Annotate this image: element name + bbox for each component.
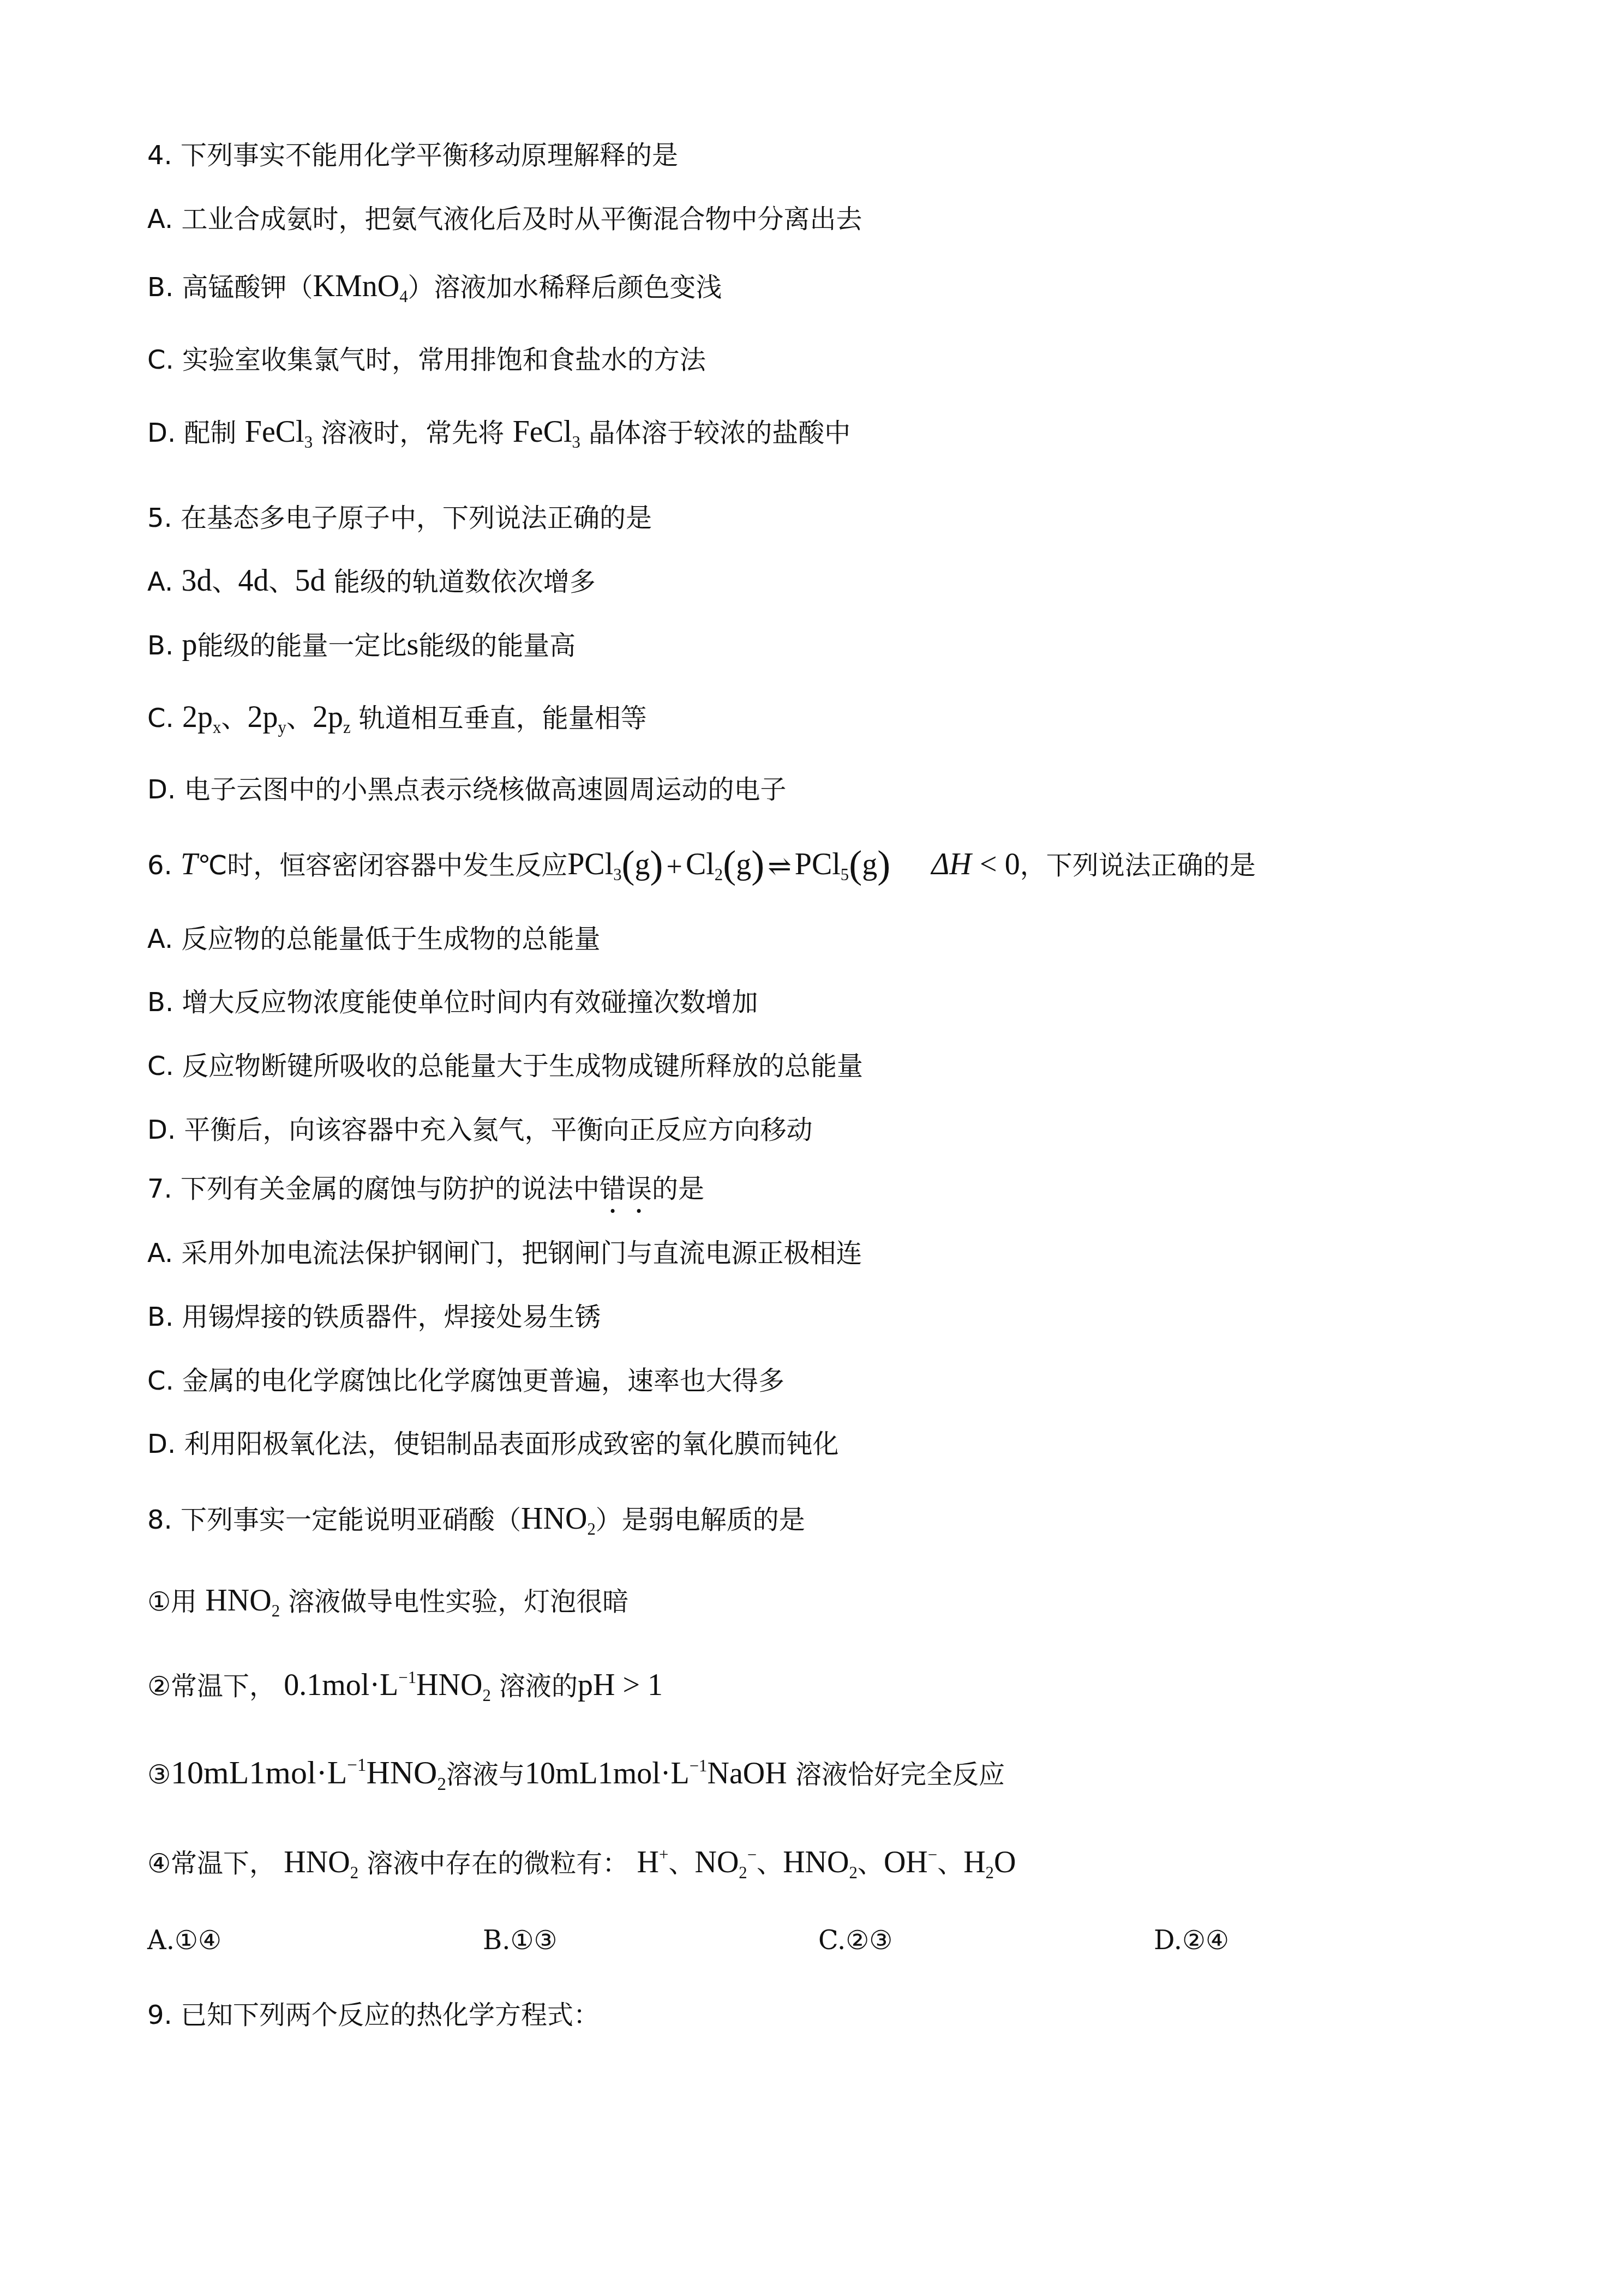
question-number: 4.: [147, 140, 172, 171]
formula-fecl3: FeCl3: [245, 415, 313, 449]
subscript: 5: [841, 865, 849, 884]
choice-a: A.①④: [147, 1924, 221, 1957]
option-label: A.: [147, 204, 173, 235]
formula-text: 2p: [313, 700, 343, 734]
separator: 、: [757, 1848, 783, 1879]
subscript: 2: [849, 1864, 857, 1882]
question-text: 在基态多电子原子中，下列说法正确的是: [181, 503, 652, 533]
formula-p: p: [182, 628, 197, 662]
subscript: 2: [272, 1602, 280, 1620]
question-text: ℃时，恒容密闭容器中发生反应: [197, 850, 567, 881]
formula-text: FeCl: [513, 415, 572, 449]
formula-text: HNO: [205, 1584, 271, 1618]
question-4-option-d: D. 配制 FeCl3 溶液时，常先将 FeCl3 晶体溶于较浓的盐酸中: [147, 416, 850, 449]
formula-text: Cl: [686, 848, 715, 881]
option-text: 平衡后，向该容器中充入氦气，平衡向正反应方向移动: [184, 1115, 812, 1145]
formula-text: OH: [884, 1846, 928, 1879]
state-gas: g: [862, 848, 877, 881]
subscript: 2: [986, 1864, 994, 1882]
formula-hno2: HNO2: [205, 1584, 280, 1618]
particle: HNO2: [783, 1846, 858, 1879]
question-4-option-a: A. 工业合成氨时，把氨气液化后及时从平衡混合物中分离出去: [147, 203, 862, 236]
option-text: 能级的能量高: [418, 630, 576, 661]
option-text: 晶体溶于较浓的盐酸中: [589, 418, 850, 448]
option-text: 增大反应物浓度能使单位时间内有效碰撞次数增加: [182, 987, 758, 1018]
paren-open: (: [849, 843, 862, 886]
option-text: 金属的电化学腐蚀比化学腐蚀更普遍，速率也大得多: [182, 1366, 784, 1396]
statement-marker: ②: [147, 1671, 171, 1702]
question-7-option-a: A. 采用外加电流法保护钢闸门，把钢闸门与直流电源正极相连: [147, 1237, 862, 1270]
enthalpy-value: < 0: [980, 848, 1020, 881]
question-number: 8.: [147, 1505, 172, 1535]
choice-value: ①④: [175, 1925, 221, 1956]
formula-text: 2p: [182, 700, 213, 734]
question-number: 9.: [147, 2000, 172, 2030]
question-5-option-c: C. 2px、2py、2pz 轨道相互垂直，能量相等: [147, 701, 647, 735]
formula-text: H: [963, 1846, 985, 1879]
subscript: 2: [715, 865, 723, 884]
formula-s: s: [406, 628, 418, 662]
subscript: x: [213, 718, 221, 737]
choice-c: C.②③: [818, 1924, 892, 1957]
option-text: 反应物断键所吸收的总能量大于生成物成键所释放的总能量: [182, 1051, 863, 1081]
superscript: −1: [690, 1757, 708, 1775]
question-4-stem: 4. 下列事实不能用化学平衡移动原理解释的是: [147, 139, 678, 172]
particle: H2O: [963, 1846, 1016, 1879]
option-text: 反应物的总能量低于生成物的总能量: [182, 924, 601, 954]
option-text: 轨道相互垂直，能量相等: [359, 703, 647, 734]
paren-open: (: [723, 843, 736, 886]
volume-concentration: 10mL1mol·L−1HNO2: [171, 1754, 446, 1790]
statement-text: 溶液的: [499, 1671, 578, 1702]
question-text: ，下列说法正确的是: [1020, 850, 1256, 881]
separator: 、: [212, 567, 238, 597]
formula-text: HNO: [366, 1754, 437, 1790]
emphasized-text: 错误: [600, 1174, 652, 1204]
formula-text: H: [637, 1846, 659, 1879]
separator: 、: [937, 1848, 963, 1879]
question-text: ）是弱电解质的是: [596, 1505, 805, 1535]
question-8-stem: 8. 下列事实一定能说明亚硝酸（HNO2）是弱电解质的是: [147, 1502, 805, 1536]
choice-value: ①③: [511, 1925, 558, 1956]
formula-text: NO: [694, 1846, 739, 1879]
formula-text: NaOH: [708, 1757, 787, 1790]
formula-text: PCl: [795, 848, 841, 881]
statement-text: 溶液恰好完全反应: [795, 1759, 1005, 1790]
statement-text: 常温下，: [171, 1848, 275, 1879]
question-9-stem: 9. 已知下列两个反应的热化学方程式：: [147, 1999, 600, 2031]
formula-hno2: HNO2: [284, 1846, 358, 1879]
question-6-stem: 6. T℃时，恒容密闭容器中发生反应PCl3(g)+Cl2(g)⇌PCl5(g)…: [147, 848, 1256, 883]
question-5-option-d: D. 电子云图中的小黑点表示绕核做高速圆周运动的电子: [147, 773, 787, 806]
subscript: z: [343, 718, 351, 737]
subscript: y: [278, 718, 286, 737]
volume-concentration: 10mL1mol·L−1NaOH: [525, 1757, 787, 1790]
option-label: B.: [147, 987, 173, 1018]
choice-value: ②④: [1182, 1925, 1229, 1956]
subscript: 3: [572, 433, 580, 452]
option-text: 工业合成氨时，把氨气液化后及时从平衡混合物中分离出去: [182, 204, 862, 235]
option-label: C.: [147, 1366, 174, 1396]
option-text: 采用外加电流法保护钢闸门，把钢闸门与直流电源正极相连: [182, 1238, 862, 1269]
subscript: 2: [350, 1864, 358, 1882]
reaction-equation: PCl3(g)+Cl2(g)⇌PCl5(g): [567, 848, 890, 881]
ph-value: pH > 1: [578, 1668, 663, 1702]
option-label: D.: [147, 774, 176, 805]
question-6-option-b: B. 增大反应物浓度能使单位时间内有效碰撞次数增加: [147, 986, 758, 1019]
question-number: 5.: [147, 503, 172, 533]
option-text: 能级的能量一定比: [197, 630, 406, 661]
option-label: C.: [147, 345, 174, 375]
formula-text: 10mL1mol·L: [171, 1754, 347, 1790]
option-label: A.: [147, 1238, 173, 1269]
option-label: B.: [147, 1302, 173, 1332]
separator: 、: [858, 1848, 884, 1879]
particle-list: H+: [637, 1846, 669, 1879]
temperature-symbol: T: [181, 848, 197, 881]
choice-label: D.: [1154, 1925, 1182, 1956]
statement-marker: ③: [147, 1759, 171, 1790]
question-6-option-d: D. 平衡后，向该容器中充入氦气，平衡向正反应方向移动: [147, 1114, 813, 1146]
option-label: A.: [147, 924, 173, 954]
option-text: 配制: [184, 418, 236, 448]
choice-b: B.①③: [483, 1924, 558, 1957]
formula-fecl3: FeCl3: [513, 415, 580, 449]
option-text: 能级的轨道数依次增多: [334, 567, 596, 597]
question-5-option-a: A. 3d、4d、5d 能级的轨道数依次增多: [147, 564, 596, 598]
formula-hno2: HNO2: [521, 1502, 596, 1536]
option-label: B.: [147, 630, 173, 661]
formula-text: HNO: [783, 1846, 849, 1879]
statement-text: 溶液中存在的微粒有：: [367, 1848, 628, 1879]
formula-text: 0.1mol·L: [284, 1668, 398, 1702]
choice-value: ②③: [846, 1925, 892, 1956]
question-8-choices: A.①④ B.①③ C.②③ D.②④: [147, 1924, 1457, 1957]
option-label: D.: [147, 418, 176, 448]
question-6-option-a: A. 反应物的总能量低于生成物的总能量: [147, 923, 601, 955]
formula-5d: 5d: [295, 564, 326, 598]
separator: 、: [221, 703, 247, 734]
formula-3d: 3d: [182, 564, 212, 598]
question-6-option-c: C. 反应物断键所吸收的总能量大于生成物成键所释放的总能量: [147, 1050, 863, 1083]
subscript: 3: [613, 865, 621, 884]
question-text: 已知下列两个反应的热化学方程式：: [181, 2000, 600, 2030]
formula-text: 10mL1mol·L: [525, 1757, 690, 1790]
statement-text: 用: [171, 1586, 197, 1617]
particle: NO2−: [694, 1846, 757, 1879]
statement-text: 溶液做导电性实验，灯泡很暗: [288, 1586, 628, 1617]
plus-sign: +: [667, 851, 682, 883]
subscript: 4: [399, 287, 408, 306]
formula-text: 2p: [247, 700, 278, 734]
choice-d: D.②④: [1154, 1924, 1229, 1957]
formula-text: HNO: [416, 1668, 482, 1702]
formula-2pz: 2pz: [313, 700, 351, 734]
paren-close: ): [650, 843, 663, 886]
formula-4d: 4d: [238, 564, 269, 598]
option-text: 利用阳极氧化法，使铝制品表面形成致密的氧化膜而钝化: [184, 1429, 838, 1459]
particle: OH−: [884, 1846, 937, 1879]
enthalpy-symbol: ΔH: [931, 848, 971, 881]
question-7-stem: 7. 下列有关金属的腐蚀与防护的说法中错误的是: [147, 1173, 704, 1219]
question-number: 6.: [147, 850, 172, 881]
option-text: 实验室收集氯气时，常用排饱和食盐水的方法: [182, 345, 706, 375]
superscript: −1: [398, 1668, 416, 1687]
option-label: C.: [147, 1051, 174, 1081]
superscript: −1: [347, 1756, 366, 1775]
question-5-stem: 5. 在基态多电子原子中，下列说法正确的是: [147, 502, 652, 534]
question-7-option-d: D. 利用阳极氧化法，使铝制品表面形成致密的氧化膜而钝化: [147, 1428, 839, 1460]
subscript: 2: [482, 1686, 490, 1705]
statement-text: 常温下，: [171, 1671, 275, 1702]
question-4-option-b: B. 高锰酸钾（KMnO4）溶液加水稀释后颜色变浅: [147, 270, 722, 304]
option-label: B.: [147, 272, 173, 303]
statement-4: ④常温下， HNO2 溶液中存在的微粒有： H+、NO2−、HNO2、OH−、H…: [147, 1846, 1016, 1880]
option-text: ）溶液加水稀释后颜色变浅: [408, 272, 722, 303]
option-label: D.: [147, 1115, 176, 1145]
superscript: −: [747, 1846, 757, 1864]
state-gas: g: [736, 848, 751, 881]
question-5-option-b: B. p能级的能量一定比s能级的能量高: [147, 628, 576, 662]
subscript: 2: [587, 1520, 595, 1538]
concentration: 0.1mol·L−1HNO2: [284, 1668, 491, 1702]
statement-3: ③10mL1mol·L−1HNO2溶液与10mL1mol·L−1NaOH 溶液恰…: [147, 1756, 1005, 1791]
formula-kmno4: KMnO4: [313, 269, 408, 303]
paren-close: ): [877, 843, 890, 886]
formula-text: KMnO: [313, 269, 399, 303]
statement-2: ②常温下， 0.1mol·L−1HNO2 溶液的pH > 1: [147, 1669, 663, 1703]
question-text: 的是: [652, 1174, 704, 1204]
equilibrium-arrow-icon: ⇌: [768, 851, 792, 883]
superscript: +: [659, 1846, 668, 1864]
statement-text: 溶液与: [446, 1759, 525, 1790]
option-text: 高锰酸钾（: [182, 272, 313, 303]
question-text: 下列事实一定能说明亚硝酸（: [181, 1505, 521, 1535]
formula-text: HNO: [284, 1846, 350, 1879]
separator: 、: [668, 1848, 694, 1879]
choice-label: B.: [483, 1925, 511, 1956]
choice-label: A.: [147, 1925, 175, 1956]
formula-text: O: [994, 1846, 1016, 1879]
separator: 、: [269, 567, 295, 597]
state-gas: g: [635, 848, 650, 881]
statement-marker: ④: [147, 1848, 171, 1879]
paren-open: (: [622, 843, 635, 886]
subscript: 2: [739, 1864, 747, 1882]
option-label: D.: [147, 1429, 176, 1459]
separator: 、: [286, 703, 313, 734]
option-text: 用锡焊接的铁质器件，焊接处易生锈: [182, 1302, 601, 1332]
question-4-option-c: C. 实验室收集氯气时，常用排饱和食盐水的方法: [147, 344, 706, 376]
option-label: A.: [147, 567, 173, 597]
statement-marker: ①: [147, 1586, 171, 1617]
formula-2py: 2py: [247, 700, 286, 734]
formula-text: HNO: [521, 1502, 587, 1536]
question-7-option-c: C. 金属的电化学腐蚀比化学腐蚀更普遍，速率也大得多: [147, 1365, 784, 1397]
option-text: 电子云图中的小黑点表示绕核做高速圆周运动的电子: [184, 774, 786, 805]
question-number: 7.: [147, 1174, 172, 1204]
statement-1: ①用 HNO2 溶液做导电性实验，灯泡很暗: [147, 1584, 628, 1618]
paren-close: ): [751, 843, 764, 886]
subscript: 3: [304, 433, 313, 452]
formula-2px: 2px: [182, 700, 221, 734]
question-text: 下列有关金属的腐蚀与防护的说法中: [181, 1174, 600, 1204]
superscript: −: [928, 1846, 937, 1864]
question-7-option-b: B. 用锡焊接的铁质器件，焊接处易生锈: [147, 1301, 601, 1333]
subscript: 2: [437, 1775, 446, 1794]
option-text: 溶液时，常先将: [321, 418, 504, 448]
formula-text: FeCl: [245, 415, 304, 449]
option-label: C.: [147, 703, 174, 734]
choice-label: C.: [818, 1925, 846, 1956]
question-text: 下列事实不能用化学平衡移动原理解释的是: [181, 140, 678, 171]
formula-text: PCl: [567, 848, 613, 881]
